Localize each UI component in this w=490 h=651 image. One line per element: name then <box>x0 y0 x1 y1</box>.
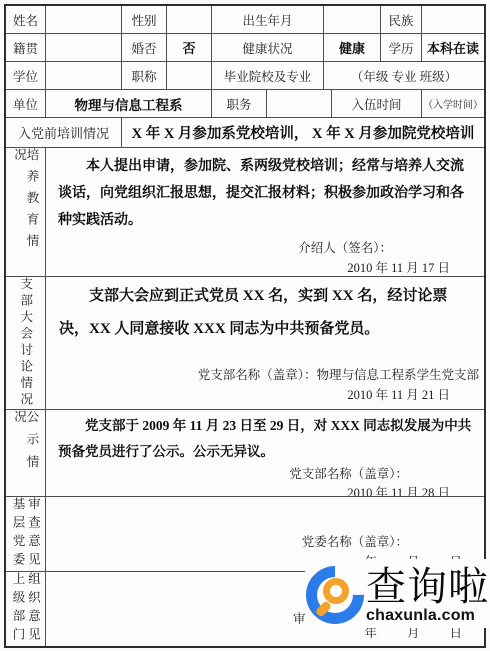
title-label: 职称 <box>122 62 167 89</box>
cultivation-section-label: 培养教育情况 <box>6 148 46 276</box>
degree-value <box>46 62 122 89</box>
gender-label: 性别 <box>122 6 167 33</box>
row-basic-3: 学位 职称 毕业院校及专业 （年级 专业 班级） <box>6 62 484 90</box>
title-value <box>167 62 212 89</box>
committee-review-section-label: 基层党委 审查意见 <box>6 497 46 571</box>
higher-org-date-month: 月 <box>407 626 420 640</box>
magnifier-logo-icon <box>305 565 365 625</box>
higher-org-section-label: 上级部门 组织意见 <box>6 572 46 646</box>
cultivation-section: 培养教育情况 本人提出申请，参加院、系两级党校培训；经常与培养人交流谈话，向党组… <box>6 148 484 277</box>
watermark-text-column: 查询啦 chaxunla.com <box>366 564 489 623</box>
cultivation-section-body: 本人提出申请，参加院、系两级党校培训；经常与培养人交流谈话，向党组织汇报思想，提… <box>46 148 484 276</box>
publicity-date: 2010 年 11 月 28 日 <box>46 485 484 496</box>
introducer-signature-label: 介绍人（签名）： <box>46 240 484 256</box>
birthdate-value <box>324 6 381 33</box>
school-major-note: （年级 专业 班级） <box>324 62 484 89</box>
health-value: 健康 <box>324 34 381 61</box>
form-sheet: 姓名 性别 出生年月 民族 籍贯 婚否 否 健康状况 健康 学历 本科在读 学位… <box>4 4 486 648</box>
branch-stamp-label: 党支部名称（盖章）：物理与信息工程系学生党支部 <box>46 367 484 383</box>
cultivation-text: 本人提出申请，参加院、系两级党校培训；经常与培养人交流谈话，向党组织汇报思想，提… <box>46 148 484 234</box>
branch-meeting-date: 2010 年 11 月 21 日 <box>46 387 484 403</box>
publicity-section-label: 公示情况 <box>6 410 46 496</box>
logo-magnifier-glass <box>323 578 349 604</box>
higher-org-date-line: 年 月 日 <box>46 626 484 640</box>
position-value <box>267 90 332 117</box>
row-basic-1: 姓名 性别 出生年月 民族 <box>6 6 484 34</box>
marital-label: 婚否 <box>122 34 167 61</box>
row-pre-party-training: 入党前培训情况 X 年 X 月参加系党校培训， X 年 X 月参加院党校培训 <box>6 118 484 148</box>
branch-meeting-section-label: 支部大会讨论情况 <box>6 277 46 409</box>
name-label: 姓名 <box>6 6 46 33</box>
position-label: 职务 <box>212 90 267 117</box>
education-label: 学历 <box>381 34 422 61</box>
pre-party-training-label: 入党前培训情况 <box>6 118 122 147</box>
ethnicity-label: 民族 <box>381 6 422 33</box>
health-label: 健康状况 <box>212 34 324 61</box>
branch-meeting-section-body: 支部大会应到正式党员 XX 名，实到 XX 名，经讨论票决，XX 人同意接收 X… <box>46 277 484 409</box>
education-value: 本科在读 <box>422 34 484 61</box>
row-basic-2: 籍贯 婚否 否 健康状况 健康 学历 本科在读 <box>6 34 484 62</box>
school-major-label: 毕业院校及专业 <box>212 62 324 89</box>
enlistment-label: 入伍时间 <box>332 90 422 117</box>
unit-label: 单位 <box>6 90 46 117</box>
publicity-stamp-label: 党支部名称（盖章）： <box>46 466 484 482</box>
publicity-text: 党支部于 2009 年 11 月 23 日至 29 日，对 XXX 同志拟发展为… <box>46 410 484 465</box>
marital-value: 否 <box>167 34 212 61</box>
branch-meeting-section: 支部大会讨论情况 支部大会应到正式党员 XX 名，实到 XX 名，经讨论票决，X… <box>6 277 484 410</box>
committee-stamp-label: 党委名称（盖章）： <box>46 534 484 550</box>
watermark-brand: 查询啦 <box>366 564 489 610</box>
publicity-section: 公示情况 党支部于 2009 年 11 月 23 日至 29 日，对 XXX 同… <box>6 410 484 497</box>
gender-value <box>167 6 212 33</box>
enlistment-note: （入学时间） <box>422 90 484 117</box>
higher-org-partial-text: 审 <box>293 609 306 627</box>
higher-org-date-year: 年 <box>364 626 377 640</box>
watermark: 查询啦 chaxunla.com <box>305 559 490 628</box>
birthdate-label: 出生年月 <box>212 6 324 33</box>
branch-meeting-text: 支部大会应到正式党员 XX 名，实到 XX 名，经讨论票决，XX 人同意接收 X… <box>46 277 484 346</box>
form-page: 姓名 性别 出生年月 民族 籍贯 婚否 否 健康状况 健康 学历 本科在读 学位… <box>0 0 490 651</box>
native-place-value <box>46 34 122 61</box>
pre-party-training-value: X 年 X 月参加系党校培训， X 年 X 月参加院党校培训 <box>122 118 484 147</box>
name-value <box>46 6 122 33</box>
higher-org-date-day: 日 <box>449 626 462 640</box>
cultivation-date: 2010 年 11 月 17 日 <box>46 260 484 276</box>
ethnicity-value <box>422 6 484 33</box>
unit-value: 物理与信息工程系 <box>46 90 212 117</box>
row-basic-4: 单位 物理与信息工程系 职务 入伍时间 （入学时间） <box>6 90 484 118</box>
watermark-domain: chaxunla.com <box>366 608 489 623</box>
publicity-section-body: 党支部于 2009 年 11 月 23 日至 29 日，对 XXX 同志拟发展为… <box>46 410 484 496</box>
native-place-label: 籍贯 <box>6 34 46 61</box>
degree-label: 学位 <box>6 62 46 89</box>
